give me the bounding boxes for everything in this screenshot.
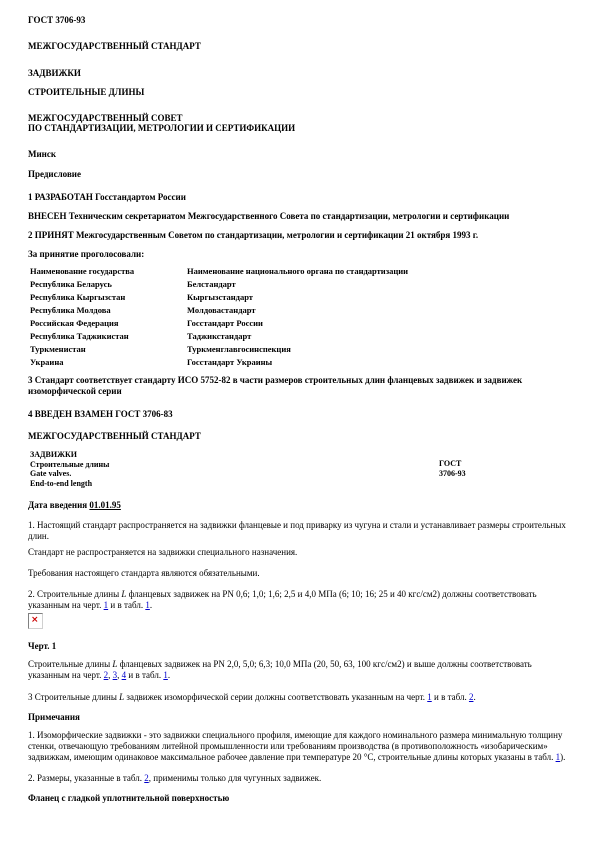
preface-item-3: 3 Стандарт соответствует стандарту ИСО 5…: [28, 375, 567, 397]
org-cell: Молдовастандарт: [187, 304, 408, 317]
state-cell: Республика Беларусь: [30, 278, 187, 291]
text-run: и в табл.: [108, 600, 145, 610]
vote-table-header-row: Наименование государства Наименование на…: [30, 265, 408, 278]
text-run: 1. Изоморфические задвижки - это задвижк…: [28, 730, 562, 762]
text-run: ).: [560, 752, 565, 762]
text-run: .: [473, 692, 475, 702]
text-run: 2. Размеры, указанные в табл.: [28, 773, 144, 783]
title-block-name-en: Gate valves.: [30, 469, 567, 479]
effective-date: 01.01.95: [89, 500, 121, 510]
text-run: и в табл.: [126, 670, 163, 680]
title-block-name-ru: ЗАДВИЖКИ: [30, 450, 567, 460]
vote-col-header-org: Наименование национального органа по ста…: [187, 265, 408, 278]
city-line: Минск: [28, 149, 567, 160]
standard-type-heading-2: МЕЖГОСУДАРСТВЕННЫЙ СТАНДАРТ: [28, 431, 567, 442]
title-block-subtitle-ru: Строительные длины: [30, 460, 567, 470]
state-cell: Туркменистан: [30, 343, 187, 356]
org-cell: Таджикстандарт: [187, 330, 408, 343]
doc-code-line1: ГОСТ: [439, 459, 466, 469]
notes-heading: Примечания: [28, 712, 567, 723]
text-run: Строительные длины: [28, 659, 112, 669]
date-label: Дата введения: [28, 500, 89, 510]
preface-item-1: 1 РАЗРАБОТАН Госстандартом России: [28, 192, 567, 203]
paragraph-2b: Строительные длины L фланцевых задвижек …: [28, 659, 567, 681]
doc-code-block: ГОСТ 3706-93: [439, 459, 466, 478]
paragraph-requirements: Требования настоящего стандарта являются…: [28, 568, 567, 579]
broken-image-icon: ×: [28, 613, 43, 629]
table-row: Республика Кыргызстан Кыргызстандарт: [30, 291, 408, 304]
state-cell: Украина: [30, 356, 187, 369]
doc-subtitle: СТРОИТЕЛЬНЫЕ ДЛИНЫ: [28, 87, 567, 98]
text-run: .: [150, 600, 152, 610]
org-cell: Госстандарт России: [187, 317, 408, 330]
vote-col-header-state: Наименование государства: [30, 265, 187, 278]
vote-table: Наименование государства Наименование на…: [30, 265, 408, 369]
standard-type-heading: МЕЖГОСУДАРСТВЕННЫЙ СТАНДАРТ: [28, 41, 567, 52]
preface-item-4: 4 ВВЕДЕН ВЗАМЕН ГОСТ 3706-83: [28, 409, 567, 420]
figure-caption: Черт. 1: [28, 641, 567, 652]
preface-heading: Предисловие: [28, 169, 567, 180]
org-cell: Белстандарт: [187, 278, 408, 291]
preface-item-2: 2 ПРИНЯТ Межгосударственным Советом по с…: [28, 230, 567, 241]
preface-item-1b: ВНЕСЕН Техническим секретариатом Межгосу…: [28, 211, 567, 222]
state-cell: Республика Молдова: [30, 304, 187, 317]
text-run: задвижек изоморфической серии должны соо…: [124, 692, 427, 702]
text-run: 2. Строительные длины: [28, 589, 121, 599]
state-cell: Российская Федерация: [30, 317, 187, 330]
org-cell: Госстандарт Украины: [187, 356, 408, 369]
date-line: Дата введения 01.01.95: [28, 500, 567, 511]
figure-area: ×: [28, 613, 567, 641]
note-2: 2. Размеры, указанные в табл. 2, примени…: [28, 773, 567, 784]
paragraph-scope-1: 1. Настоящий стандарт распространяется н…: [28, 520, 567, 542]
council-line2: ПО СТАНДАРТИЗАЦИИ, МЕТРОЛОГИИ И СЕРТИФИК…: [28, 123, 567, 133]
doc-code-line2: 3706-93: [439, 469, 466, 479]
org-cell: Кыргызстандарт: [187, 291, 408, 304]
text-run: 3 Строительные длины: [28, 692, 119, 702]
table-row: Туркменистан Туркменглавгосинспекция: [30, 343, 408, 356]
text-run: .: [168, 670, 170, 680]
state-cell: Республика Кыргызстан: [30, 291, 187, 304]
paragraph-scope-2: Стандарт не распространяется на задвижки…: [28, 547, 567, 558]
council-line1: МЕЖГОСУДАРСТВЕННЫЙ СОВЕТ: [28, 113, 567, 123]
table-row: Республика Молдова Молдовастандарт: [30, 304, 408, 317]
title-block-subtitle-en: End-to-end length: [30, 479, 567, 489]
text-run: и в табл.: [432, 692, 469, 702]
table-row: Республика Таджикистан Таджикстандарт: [30, 330, 408, 343]
table-row: Украина Госстандарт Украины: [30, 356, 408, 369]
paragraph-3: 3 Строительные длины L задвижек изоморфи…: [28, 692, 567, 703]
flange-caption: Фланец с гладкой уплотнительной поверхно…: [28, 793, 567, 804]
doc-title: ЗАДВИЖКИ: [28, 68, 567, 79]
title-block: ЗАДВИЖКИ Строительные длины Gate valves.…: [30, 450, 567, 488]
document-page: ГОСТ 3706-93 МЕЖГОСУДАРСТВЕННЫЙ СТАНДАРТ…: [0, 0, 595, 804]
table-row: Российская Федерация Госстандарт России: [30, 317, 408, 330]
table-row: Республика Беларусь Белстандарт: [30, 278, 408, 291]
vote-intro: За принятие проголосовали:: [28, 249, 567, 260]
text-run: , применимы только для чугунных задвижек…: [149, 773, 321, 783]
state-cell: Республика Таджикистан: [30, 330, 187, 343]
note-1: 1. Изоморфические задвижки - это задвижк…: [28, 730, 567, 763]
doc-code-top: ГОСТ 3706-93: [28, 15, 567, 26]
org-cell: Туркменглавгосинспекция: [187, 343, 408, 356]
broken-image-x-glyph: ×: [31, 614, 39, 627]
paragraph-2: 2. Строительные длины L фланцевых задвиж…: [28, 589, 567, 611]
council-heading: МЕЖГОСУДАРСТВЕННЫЙ СОВЕТ ПО СТАНДАРТИЗАЦ…: [28, 113, 567, 133]
